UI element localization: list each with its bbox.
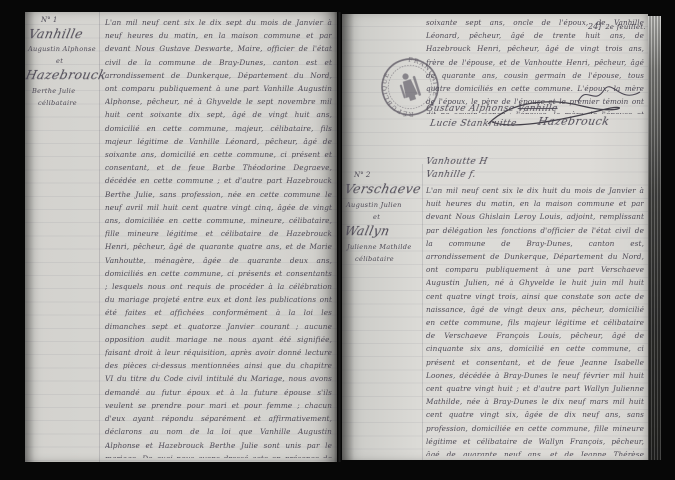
register-scan: N° 1 Vanhille Augustin Alphonse et Hazeb… (0, 0, 675, 480)
act-1-text: L'an mil neuf cent six le dix sept du mo… (105, 16, 332, 458)
bride-surname: Wallyn (343, 223, 391, 238)
bride-given-names: Berthe Julie (32, 87, 75, 95)
left-page: N° 1 Vanhille Augustin Alphonse et Hazeb… (25, 12, 339, 462)
witness-paraph: H (478, 157, 488, 167)
signature-hazebrouck: Hazebrouck (537, 115, 611, 128)
bride-surname: Hazebrouck (25, 67, 108, 82)
signature-line-2: Lucie Stankruitte (429, 119, 517, 129)
signature-line-3: Vanhoutte H (425, 157, 488, 167)
witness-paraph-2: f. (468, 170, 476, 180)
act-1-continuation-text: soixante sept ans, oncle de l'époux, de … (426, 16, 644, 114)
right-page: 24] 2e feuillet. RÉPUBLIQUE FRANÇAISE (342, 14, 648, 460)
marital-status: célibataire (355, 255, 394, 263)
groom-surname: Verschaeve (343, 181, 422, 196)
signatory-given: Gustave Alphonse (425, 104, 515, 114)
groom-surname: Vanhille (27, 26, 84, 41)
signature-line-1: Gustave Alphonse Vanhille (425, 104, 558, 114)
signatory-name: Lucie Stankruitte (429, 119, 517, 129)
page-edge-stack (648, 16, 661, 460)
margin-rule (99, 12, 100, 462)
act-number: N° 1 (41, 16, 57, 24)
marital-status: célibataire (38, 99, 77, 107)
groom-given-names: Augustin Julien (346, 201, 402, 209)
witness-name: Vanhoutte (425, 157, 477, 167)
book-binding (337, 12, 342, 462)
bride-given-names: Julienne Mathilde (347, 243, 412, 251)
margin-rule (422, 164, 423, 460)
act-2-text: L'an mil neuf cent six le dix huit du mo… (426, 184, 644, 456)
conjunction: et (373, 213, 380, 221)
marianne-figure-icon (397, 71, 422, 103)
act-number: N° 2 (354, 171, 370, 179)
witness-name-2: Vanhille (425, 170, 467, 180)
signature-line-4: Vanhille f. (425, 170, 476, 180)
groom-given-names: Augustin Alphonse (28, 45, 96, 53)
conjunction: et (56, 57, 63, 65)
signatory-surname-struck: Vanhille (517, 104, 559, 114)
